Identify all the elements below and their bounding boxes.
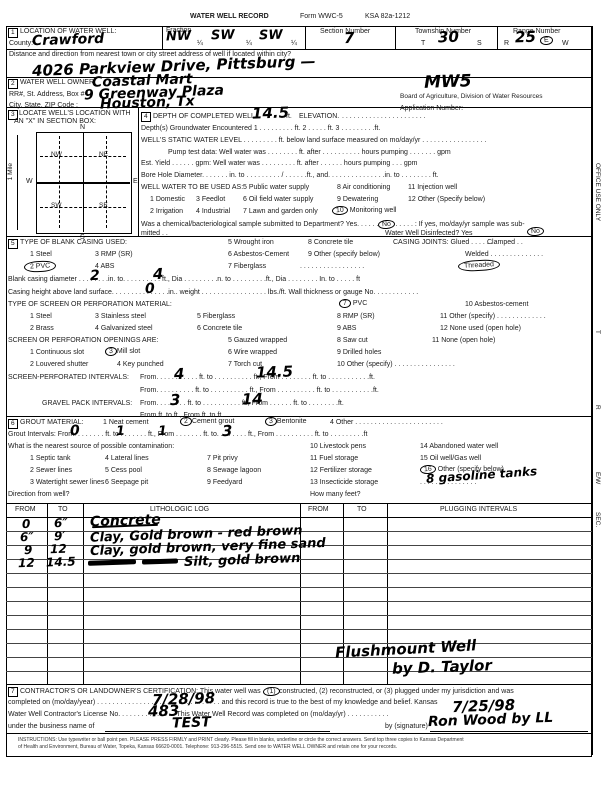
table-line <box>6 573 592 574</box>
contamination-option: 14 Abandoned water well <box>420 443 498 450</box>
use-option: 11 Injection well <box>408 184 457 191</box>
casing-height-line: Casing height above land surface. . . . … <box>8 289 418 296</box>
screen-option: 6 Concrete tile <box>197 325 242 332</box>
casing-option: 7 Fiberglass <box>228 263 266 270</box>
section-number-value: 7 <box>344 29 355 47</box>
use-option: 1 Domestic <box>150 196 185 203</box>
use-option: 7 Lawn and garden only <box>243 208 318 215</box>
quarter-mark: ¼ <box>197 40 203 47</box>
gpi-to-value: 14 <box>242 390 263 409</box>
grout-iv1: 0 <box>70 423 80 439</box>
cert-line1-post: constructed, (2) reconstructed, or (3) p… <box>279 688 514 695</box>
threaded-circled: Threaded <box>458 259 500 272</box>
screen-circled-label: PVC <box>353 300 367 307</box>
use-option: 3 Feedlot <box>196 196 225 203</box>
casing-pvc-circled: 2 PVC <box>24 260 57 273</box>
quarter-mark: ¼ <box>291 40 297 47</box>
contamination-option: 5 Cess pool <box>105 467 142 474</box>
board-label: Board of Agriculture, Division of Water … <box>400 93 542 100</box>
business-name-value: TEST <box>172 714 211 731</box>
screen-option: 1 Steel <box>30 313 52 320</box>
cert-line1-pre: CONTRACTOR'S OR LANDOWNER'S CERTIFICATIO… <box>20 688 261 695</box>
county-value: Crawford <box>32 31 105 50</box>
section-5-number: 5 <box>8 239 18 249</box>
grout-option: 1 Neat cement <box>103 419 149 426</box>
contamination-option: 2 Sewer lines <box>30 467 72 474</box>
spi-from-value: 4 <box>174 365 185 383</box>
use-option: 4 Industrial <box>196 208 230 215</box>
monitoring-label: Monitoring well <box>350 207 397 214</box>
office-use-t: T <box>594 330 601 334</box>
range-east: E <box>540 36 553 46</box>
yield-line: Est. Yield . . . . . . gpm: Well water w… <box>141 160 417 167</box>
quadrant-sw: SW <box>51 202 61 209</box>
certification-line1: CONTRACTOR'S OR LANDOWNER'S CERTIFICATIO… <box>20 687 514 696</box>
section-4-number: 4 <box>141 112 151 122</box>
owner-label: WATER WELL OWNER: <box>20 79 96 86</box>
business-name-underline <box>105 731 330 732</box>
section-2-number: 2 <box>8 79 18 89</box>
casing-pvc-circled-wrap: 2 PVC <box>24 261 56 272</box>
instructions-line1: INSTRUCTIONS: Use typewriter or ball poi… <box>18 737 464 743</box>
depth-unit: ft. <box>286 113 292 120</box>
table-line <box>6 671 592 672</box>
disinfected-no-circled: No <box>527 226 545 236</box>
litho-header-to2: TO <box>357 506 367 513</box>
compass-east: E <box>133 178 138 185</box>
contamination-option: 4 Lateral lines <box>105 455 149 462</box>
line <box>6 49 592 50</box>
range-r: R <box>504 40 509 47</box>
direction-label: Direction from well? <box>8 491 69 498</box>
litho-row-from: 12 <box>18 556 35 571</box>
grout-iv4: 3 <box>222 422 233 440</box>
grout-intervals-line: Grout Intervals: From. . . . . . . . ft.… <box>8 431 367 438</box>
screen-option: 3 Stainless steel <box>95 313 146 320</box>
line <box>395 26 396 49</box>
section-7-number: 7 <box>8 687 18 697</box>
office-use-r: R <box>594 405 601 410</box>
township-t: T <box>421 40 425 47</box>
form-title: WATER WELL RECORD <box>190 13 269 20</box>
gpi-label: GRAVEL PACK INTERVALS: <box>42 400 132 407</box>
openings-option: 4 Key punched <box>117 361 164 368</box>
quarter-mark: ¼ <box>246 40 252 47</box>
instructions-line2: of Health and Environment, Bureau of Wat… <box>18 744 397 750</box>
grid-dash <box>106 136 107 228</box>
form-number: Form WWC-5 <box>300 13 343 20</box>
screen-option: 10 Asbestos-cement <box>465 301 528 308</box>
table-line <box>6 601 592 602</box>
use-option-monitoring: 10 Monitoring well <box>332 206 396 215</box>
grout-iv3: 1 <box>158 424 168 439</box>
office-use-ew: E/W <box>594 472 601 484</box>
casing-diameter-value: 2 <box>90 268 100 284</box>
table-line <box>6 587 592 588</box>
quadrant-se: SE <box>99 202 108 209</box>
sample-question-line: Was a chemical/bacteriological sample su… <box>141 220 525 229</box>
compass-west: W <box>26 178 33 185</box>
casing-option: 1 Steel <box>30 251 52 258</box>
line <box>305 26 306 49</box>
openings-option: 9 Drilled holes <box>337 349 381 356</box>
litho-header-to: TO <box>58 506 68 513</box>
grout-iv2: 1 <box>116 424 126 439</box>
township-s: S <box>477 40 482 47</box>
casing-option: 5 Wrought iron <box>228 239 274 246</box>
form-statute: KSA 82a-1212 <box>365 13 410 20</box>
depth-value: 14.5 <box>252 103 290 122</box>
contamination-option: 1 Septic tank <box>30 455 70 462</box>
openings-option: 10 Other (specify) . . . . . . . . . . .… <box>337 361 455 368</box>
casing-option: 6 Asbestos-Cement <box>228 251 289 258</box>
owner-address-label: RR#, St. Address, Box # : <box>9 91 88 98</box>
sample-pre: Was a chemical/bacteriological sample su… <box>141 221 378 228</box>
cert-circled-1: (1) <box>262 686 279 696</box>
use-option: 6 Oil field water supply <box>243 196 313 203</box>
contamination-option: 9 Feedyard <box>207 479 242 486</box>
grout-bentonite-label: Bentonite <box>277 418 307 425</box>
line <box>162 26 163 49</box>
locate-title-1: LOCATE WELL'S LOCATION WITH <box>19 110 131 117</box>
fraction-3: SW <box>259 28 283 44</box>
sample-continued: mitted . . <box>141 230 168 237</box>
disinfected-no-wrap: No <box>527 227 544 236</box>
casing-joints-welded: Welded . . . . . . . . . . . . . . <box>465 251 543 258</box>
contamination-option: 15 Oil well/Gas well <box>420 455 481 462</box>
depth-label: DEPTH OF COMPLETED WELL <box>153 113 255 120</box>
contamination-option: 3 Watertight sewer lines <box>30 479 104 486</box>
use-option: 2 Irrigation <box>150 208 183 215</box>
casing-joints-label: CASING JOINTS: Glued . . . . . . <box>393 239 493 246</box>
screen-option: 5 Fiberglass <box>197 313 235 320</box>
threaded-circled-wrap: Threaded <box>458 260 500 271</box>
fraction-1: NW <box>166 29 192 45</box>
gpi-from-value: 3 <box>170 391 181 409</box>
contamination-option: 7 Pit privy <box>207 455 238 462</box>
grid-dash <box>59 136 60 228</box>
bore-hole-line: Bore Hole Diameter. . . . . . . in. to .… <box>141 172 439 179</box>
screen-pvc-wrap: 7 PVC <box>339 299 367 308</box>
office-use-sec: SEC. <box>594 512 601 527</box>
litho-header-from: FROM <box>15 506 36 513</box>
grout-option: 4 Other . . . . . . . . . . . . . . . . … <box>330 419 443 426</box>
casing-joints-clamped: Clamped . . <box>487 239 523 246</box>
sample-no-circled: No <box>378 219 396 229</box>
pump-test-line: Pump test data: Well water was . . . . .… <box>168 149 451 156</box>
office-note-value: MW5 <box>424 71 472 93</box>
openings-option: 2 Louvered shutter <box>30 361 88 368</box>
line <box>6 107 592 108</box>
section-1-number: 1 <box>8 28 18 38</box>
office-use-label: OFFICE USE ONLY <box>594 163 601 221</box>
signature-underline <box>430 731 588 732</box>
spi-to-value: 14.5 <box>256 362 294 381</box>
quadrant-nw: NW <box>51 151 62 158</box>
owner-city-label: City, State, ZIP Code : <box>9 102 78 109</box>
screen-option: 11 Other (specify) . . . . . . . . . . .… <box>440 313 546 320</box>
disinfected-label: Water Well Disinfected? Yes <box>385 230 473 237</box>
grout-circled-3: 3 <box>265 417 278 427</box>
line <box>6 733 592 734</box>
casing-height-value: 0 <box>145 281 155 297</box>
contamination-title: What is the nearest source of possible c… <box>8 443 174 450</box>
screen-circled-number: 7 <box>339 299 352 309</box>
sample-post: . . . . . : If yes, mo/day/yr sample was… <box>395 221 524 228</box>
grout-circled-2: 2 <box>180 417 193 427</box>
use-title: WELL WATER TO BE USED AS: <box>141 184 243 191</box>
table-line <box>6 643 592 644</box>
table-line <box>6 657 592 658</box>
application-number-label: Application Number: <box>400 105 463 112</box>
casing-option: 9 Other (specify below) <box>308 251 380 258</box>
screen-option: 12 None used (open hole) <box>440 325 521 332</box>
openings-millslot-wrap: 3Mill slot <box>105 347 140 356</box>
litho-header-from2: FROM <box>308 506 329 513</box>
mile-arrow-line <box>17 135 18 230</box>
elevation-dots: . . . . . . . . . . . . . . . . . . . . … <box>342 113 426 120</box>
section-6-number: 6 <box>8 419 18 429</box>
screen-option: 8 RMP (SR) <box>337 313 375 320</box>
table-line <box>6 615 592 616</box>
contamination-option: 13 Insecticide storage <box>310 479 378 486</box>
line <box>6 236 592 237</box>
static-level-line: WELL'S STATIC WATER LEVEL . . . . . . . … <box>141 137 487 144</box>
county-label: County: <box>9 40 33 47</box>
openings-option: 6 Wire wrapped <box>228 349 277 356</box>
use-option: 12 Other (Specify below) <box>408 196 485 203</box>
casing-option: 8 Concrete tile <box>308 239 353 246</box>
casing-option: 3 RMP (SR) <box>95 251 133 258</box>
use-option: 9 Dewatering <box>337 196 378 203</box>
contamination-option: 11 Fuel storage <box>310 455 358 462</box>
monitoring-circled-number: 10 <box>332 205 348 215</box>
elevation-label: ELEVATION. <box>299 113 339 120</box>
openings-option: 1 Continuous slot <box>30 349 84 356</box>
openings-title: SCREEN OR PERFORATION OPENINGS ARE: <box>8 337 158 344</box>
certification-line2: completed on (mo/day/year) . . . . . . .… <box>8 699 438 706</box>
openings-circled-label: Mill slot <box>117 348 140 355</box>
litho-row-to: 14.5 <box>46 554 76 569</box>
screen-material-title: TYPE OF SCREEN OR PERFORATION MATERIAL: <box>8 301 172 308</box>
line <box>6 684 592 685</box>
business-name-label: under the business name of <box>8 723 94 730</box>
contamination-option: 12 Fertilizer storage <box>310 467 372 474</box>
compass-north: N <box>80 124 85 131</box>
line <box>138 107 139 236</box>
contamination-option: 8 Sewage lagoon <box>207 467 261 474</box>
casing-title: TYPE OF BLANK CASING USED: <box>20 239 127 246</box>
how-many-feet-label: How many feet? <box>310 491 361 498</box>
use-option: 8 Air conditioning <box>337 184 390 191</box>
line <box>6 503 592 504</box>
screen-option: 9 ABS <box>337 325 356 332</box>
line <box>592 26 593 755</box>
groundwater-line: Depth(s) Groundwater Encountered 1 . . .… <box>141 125 380 132</box>
use-option: 5 Public water supply <box>243 184 309 191</box>
range-east-circled: E <box>540 36 553 45</box>
range-value: 25 <box>515 28 536 47</box>
signature-label: by (signature) <box>385 723 428 730</box>
line <box>497 26 498 49</box>
screen-option: 2 Brass <box>30 325 54 332</box>
range-west: W <box>562 40 569 47</box>
contamination-option: 10 Livestock pens <box>310 443 366 450</box>
water-well-record-form: WATER WELL RECORD Form WWC-5 KSA 82a-121… <box>0 0 605 785</box>
openings-option: 11 None (open hole) <box>432 337 495 344</box>
openings-option: 5 Gauzed wrapped <box>228 337 287 344</box>
table-line <box>6 629 592 630</box>
grout-bentonite-wrap: 3Bentonite <box>265 417 307 426</box>
grid-mid-vertical <box>83 132 84 232</box>
plugging-note-2: by D. Taylor <box>392 656 492 677</box>
casing-row3-dots: . . . . . . . . . . . . . . . . . <box>300 263 364 270</box>
plugging-header: PLUGGING INTERVALS <box>440 506 517 513</box>
quadrant-ne: NE <box>99 151 108 158</box>
contamination-option: 6 Seepage pit <box>105 479 148 486</box>
spi-label: SCREEN-PERFORATED INTERVALS: <box>8 374 129 381</box>
fraction-2: SW <box>211 28 235 44</box>
mile-label: 1 Mile <box>7 163 14 180</box>
screen-option: 4 Galvanized steel <box>95 325 153 332</box>
township-value: 30 <box>438 28 459 47</box>
openings-option: 8 Saw cut <box>337 337 368 344</box>
blank-casing-diameter-line: Blank casing diameter . . . . . . . .in.… <box>8 276 360 283</box>
openings-circled-number: 3 <box>105 347 118 357</box>
